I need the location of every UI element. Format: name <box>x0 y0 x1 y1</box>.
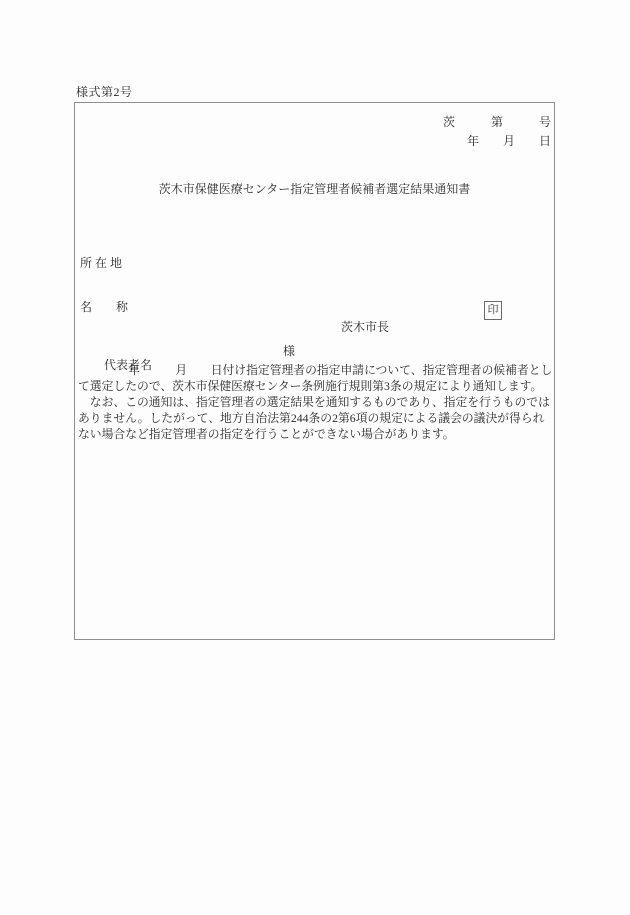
recipient-name-label: 名 称 <box>80 300 152 315</box>
body-paragraph: 年 月 日付け指定管理者の指定申請について、指定管理者の候補者とし て選定したの… <box>78 362 553 442</box>
mayor-name: 茨木市長 <box>341 320 389 334</box>
form-number-label: 様式第2号 <box>76 83 133 100</box>
document-number-line: 茨 第 号 <box>443 113 551 130</box>
document-sheet: 様式第2号 茨 第 号 年 月 日 茨木市保健医療センター指定管理者候補者選定結… <box>0 0 630 915</box>
sender-row: 茨木市長 印 <box>323 303 543 365</box>
seal-stamp-mark: 印 <box>484 301 502 320</box>
body-line-1: 年 月 日付け指定管理者の指定申請について、指定管理者の候補者とし <box>78 362 553 378</box>
document-title: 茨木市保健医療センター指定管理者候補者選定結果通知書 <box>75 180 554 197</box>
recipient-honorific: 様 <box>283 344 295 359</box>
recipient-address-label: 所 在 地 <box>80 256 152 271</box>
body-line-5: ない場合など指定管理者の指定を行うことができない場合があります。 <box>78 426 553 442</box>
body-line-3: なお、この通知は、指定管理者の選定結果を通知するものであり、指定を行うものでは <box>78 394 553 410</box>
body-line-2: て選定したので、茨木市保健医療センター条例施行規則第3条の規定により通知します。 <box>78 378 553 394</box>
document-date-line: 年 月 日 <box>467 132 551 149</box>
notice-document-box: 茨 第 号 年 月 日 茨木市保健医療センター指定管理者候補者選定結果通知書 所… <box>74 102 555 640</box>
body-line-4: ありません。したがって、地方自治法第244条の2第6項の規定による議会の議決が得… <box>78 410 553 426</box>
